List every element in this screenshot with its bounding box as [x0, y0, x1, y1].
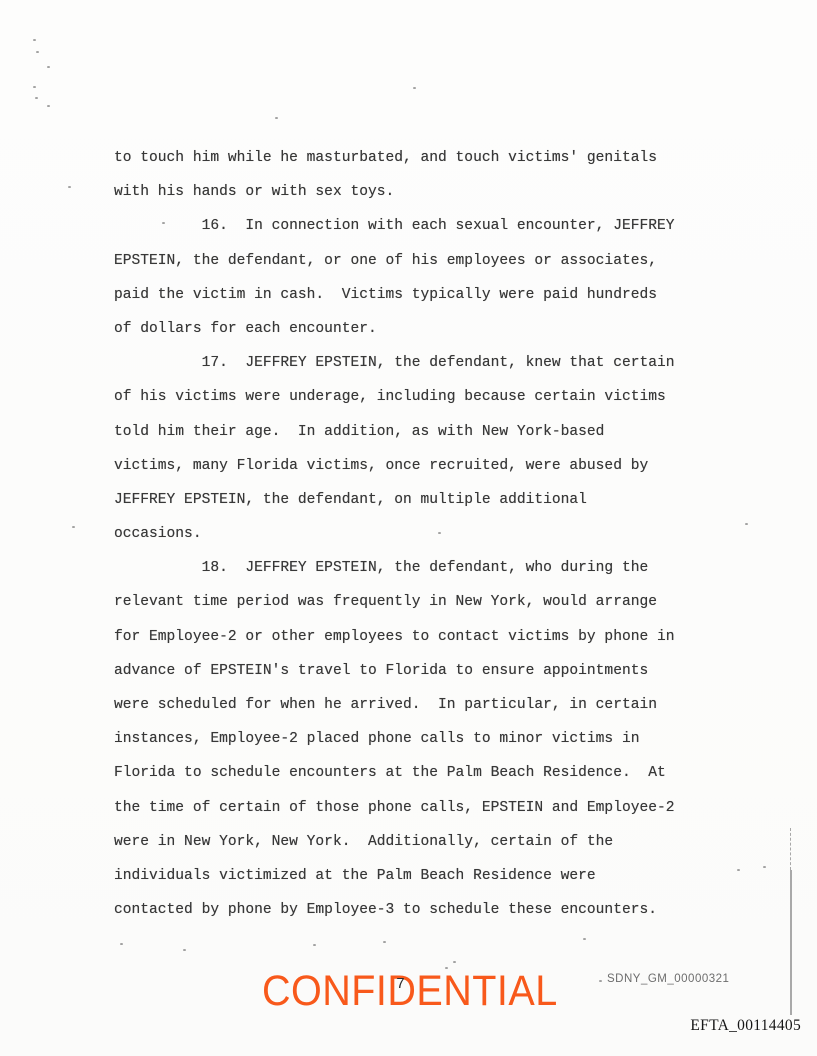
scan-speck	[583, 938, 586, 940]
scan-speck	[33, 86, 36, 88]
scan-speck	[183, 949, 186, 951]
scan-speck	[275, 117, 278, 119]
scan-speck	[36, 51, 39, 53]
scan-speck	[47, 105, 50, 107]
document-line: with his hands or with sex toys.	[114, 175, 734, 209]
scan-speck	[68, 186, 71, 188]
bates-number-sdny: SDNY_GM_00000321	[607, 973, 729, 985]
scan-speck	[47, 66, 50, 68]
scan-speck	[763, 866, 766, 868]
document-line: 17. JEFFREY EPSTEIN, the defendant, knew…	[114, 346, 734, 380]
scan-speck	[413, 87, 416, 89]
scan-speck	[745, 523, 748, 525]
document-text-block: to touch him while he masturbated, and t…	[114, 141, 734, 927]
document-line: 18. JEFFREY EPSTEIN, the defendant, who …	[114, 551, 734, 585]
document-line: Florida to schedule encounters at the Pa…	[114, 756, 734, 790]
document-line: were in New York, New York. Additionally…	[114, 825, 734, 859]
scan-speck	[72, 526, 75, 528]
document-line: to touch him while he masturbated, and t…	[114, 141, 734, 175]
document-line: relevant time period was frequently in N…	[114, 585, 734, 619]
scan-speck	[162, 222, 165, 224]
scan-speck	[313, 944, 316, 946]
scan-speck	[737, 869, 740, 871]
document-line: instances, Employee-2 placed phone calls…	[114, 722, 734, 756]
document-line: EPSTEIN, the defendant, or one of his em…	[114, 244, 734, 278]
document-line: advance of EPSTEIN's travel to Florida t…	[114, 654, 734, 688]
document-line: told him their age. In addition, as with…	[114, 415, 734, 449]
scan-speck	[33, 39, 36, 41]
document-line: paid the victim in cash. Victims typical…	[114, 278, 734, 312]
document-line: the time of certain of those phone calls…	[114, 791, 734, 825]
scan-artifact-dashed-line	[790, 828, 791, 870]
scan-speck	[120, 943, 123, 945]
scanned-document-page: { "document": { "description": "Scanned …	[0, 0, 817, 1056]
document-line: individuals victimized at the Palm Beach…	[114, 859, 734, 893]
scan-speck	[383, 941, 386, 943]
scan-artifact-line	[790, 870, 792, 1015]
page-number: 7	[396, 976, 405, 993]
scan-speck	[599, 980, 602, 982]
document-line: 16. In connection with each sexual encou…	[114, 209, 734, 243]
document-line: contacted by phone by Employee-3 to sche…	[114, 893, 734, 927]
document-line: of dollars for each encounter.	[114, 312, 734, 346]
document-line: for Employee-2 or other employees to con…	[114, 620, 734, 654]
scan-speck	[35, 97, 38, 99]
document-line: were scheduled for when he arrived. In p…	[114, 688, 734, 722]
document-line: occasions.	[114, 517, 734, 551]
document-line: of his victims were underage, including …	[114, 380, 734, 414]
confidential-stamp: CONFIDENTIAL	[262, 967, 558, 1016]
bates-number-efta: EFTA_00114405	[690, 1017, 801, 1035]
document-line: JEFFREY EPSTEIN, the defendant, on multi…	[114, 483, 734, 517]
scan-speck	[438, 532, 441, 534]
scan-speck	[453, 961, 456, 963]
document-line: victims, many Florida victims, once recr…	[114, 449, 734, 483]
